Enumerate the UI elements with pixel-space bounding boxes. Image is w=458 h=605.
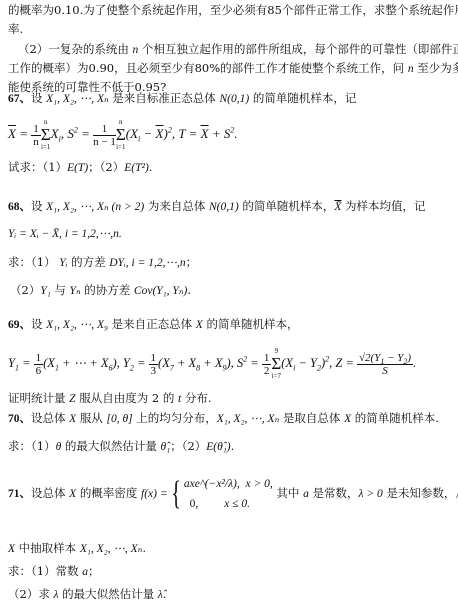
text: ； bbox=[186, 255, 198, 269]
text: . bbox=[163, 587, 167, 601]
text: 个相互独立起作用的部件所组成，每个部件的可靠性（即部件正常 bbox=[138, 42, 458, 56]
problem-number: 68、 bbox=[8, 201, 31, 213]
text: 是来自正态总体 bbox=[108, 317, 196, 331]
p71-q1: 求：（1）常数 a； bbox=[8, 563, 99, 580]
text: 的方差 bbox=[67, 255, 109, 269]
math-pop: X bbox=[8, 543, 15, 555]
problem-number: 70、 bbox=[8, 413, 31, 425]
math-expr: θ̂₁ bbox=[161, 441, 171, 453]
p66-line2: 率. bbox=[8, 21, 23, 37]
math-sample: X₁, X₂, ⋯, Xₙ (n > 2) bbox=[46, 201, 144, 213]
p68-q2: （2）Y₁ 与 Yₙ 的协方差 Cov(Y₁, Yₙ). bbox=[10, 282, 191, 299]
math-dist: N(0,1) bbox=[209, 201, 239, 213]
text: （2）求 bbox=[8, 587, 53, 601]
math-dist: N(0,1) bbox=[219, 93, 249, 105]
math-sample: X₁, X₂, ⋯, X₉ bbox=[46, 319, 108, 331]
text: （2） bbox=[10, 283, 40, 297]
brace: { bbox=[171, 479, 181, 509]
p67-question: 试求：（1）E(T)；（2）E(T²). bbox=[8, 159, 152, 176]
math-expr: Cov(Y₁, Yₙ) bbox=[134, 285, 187, 297]
p70-heading: 70、设总体 X 服从 [0, θ] 上的均匀分布，X₁, X₂, ⋯, Xₙ … bbox=[8, 410, 439, 427]
text: 上的均匀分布， bbox=[133, 411, 217, 425]
text: 是常数， bbox=[309, 486, 359, 500]
p66-part2-line1: （2）一复杂的系统由 n 个相互独立起作用的部件所组成，每个部件的可靠性（即部件… bbox=[18, 41, 458, 58]
text: 证明统计量 bbox=[8, 391, 69, 405]
p69-formula: Y1 = 16(X1 + ⋯ + X6), Y2 = 13(X7 + X8 + … bbox=[8, 347, 416, 381]
text: 设 bbox=[31, 199, 46, 213]
text: 与 bbox=[51, 283, 70, 297]
text: ；（2） bbox=[88, 160, 124, 174]
text: 设总体 bbox=[31, 411, 69, 425]
math-lambda: λ > 0 bbox=[358, 488, 382, 500]
p69-prove: 证明统计量 Z 服从自由度为 2 的 t 分布. bbox=[8, 390, 212, 407]
math-expr: DYᵢ, i = 1,2,⋯,n bbox=[109, 257, 185, 269]
text: 的最大似然估计量 bbox=[58, 587, 157, 601]
text: ； bbox=[88, 564, 100, 578]
case1-expr: axe^(−x²/λ), bbox=[184, 478, 240, 490]
text: 的最大似然估计量 bbox=[61, 439, 160, 453]
p68-definition: Yᵢ = Xᵢ − X̄, i = 1,2,⋯,n. bbox=[8, 226, 122, 242]
text: 是取自总体 bbox=[279, 411, 344, 425]
text: 至少为多少才 bbox=[414, 61, 458, 75]
case2-expr: 0, bbox=[190, 498, 199, 510]
text: 的协方差 bbox=[81, 283, 134, 297]
p67-formula: X = 1nnΣi=1Xi, S2 = 1n − 1nΣi=1(Xi − X)2… bbox=[8, 118, 238, 152]
math-pop: X bbox=[196, 319, 203, 331]
text: 设 bbox=[31, 91, 46, 105]
text: 是未知参数，从总体 bbox=[383, 486, 458, 500]
case1-cond: x > 0, bbox=[246, 478, 273, 490]
problem-number: 69、 bbox=[8, 319, 31, 331]
math-expr: E(T) bbox=[67, 162, 88, 174]
text: 是来自标准正态总体 bbox=[109, 91, 220, 105]
text: . bbox=[149, 160, 153, 174]
text: . bbox=[231, 439, 235, 453]
case2-cond: x ≤ 0. bbox=[224, 498, 250, 510]
p68-q1: 求：（1） Yᵢ 的方差 DYᵢ, i = 1,2,⋯,n； bbox=[8, 254, 197, 271]
math-interval: [0, θ] bbox=[107, 413, 133, 425]
p70-question: 求：（1）θ 的最大似然估计量 θ̂₁；（2）E(θ̂₁). bbox=[8, 438, 234, 455]
text: . bbox=[142, 541, 146, 555]
text: 求：（1） bbox=[8, 439, 56, 453]
math-sample: X₁, X₂, ⋯, Xₙ bbox=[217, 413, 279, 425]
text: 服从自由度为 2 的 bbox=[76, 391, 178, 405]
text: 的简单随机样本， bbox=[239, 199, 335, 213]
math-expr: E(θ̂₁) bbox=[206, 441, 230, 453]
text: 的简单随机样本， bbox=[203, 317, 299, 331]
problem-number: 71、 bbox=[8, 488, 31, 500]
p71-line2: X 中抽取样本 X₁, X₂, ⋯, Xₙ. bbox=[8, 540, 146, 557]
text: ；（2） bbox=[170, 439, 206, 453]
text: 设总体 bbox=[31, 486, 69, 500]
text: 的概率密度 bbox=[76, 486, 141, 500]
text: 的简单随机样本，记 bbox=[249, 91, 356, 105]
math-sample: X₁, X₂, ⋯, Xₙ bbox=[46, 93, 108, 105]
text: 求：（1）常数 bbox=[8, 564, 82, 578]
text: 为样本均值，记 bbox=[341, 199, 425, 213]
text: 设 bbox=[31, 317, 46, 331]
text: 工作的概率）为0.90，且必须至少有80%的部件工作才能使整个系统工作，问 bbox=[8, 61, 408, 75]
math-fx: f(x) = bbox=[141, 488, 168, 500]
text: （2）一复杂的系统由 bbox=[18, 42, 132, 56]
text: . bbox=[187, 283, 191, 297]
text: （1） bbox=[43, 160, 68, 174]
p71-heading: 71、设总体 X 的概率密度 f(x) ={ axe^(−x²/λ), x > … bbox=[8, 473, 458, 514]
text: 求：（1） bbox=[8, 255, 56, 269]
p69-heading: 69、设 X₁, X₂, ⋯, X₉ 是来自正态总体 X 的简单随机样本， bbox=[8, 316, 298, 333]
math-expr: Y₁ bbox=[40, 285, 50, 297]
text: 试求： bbox=[8, 160, 43, 174]
math-sample: X₁, X₂, ⋯, Xₙ bbox=[80, 543, 142, 555]
piecewise-cases: axe^(−x²/λ), x > 0, 0, x ≤ 0. bbox=[184, 474, 273, 514]
text: 为来自总体 bbox=[144, 199, 209, 213]
p66-line1: 的概率为0.10.为了使整个系统起作用，至少必须有85个部件正常工作，求整个系统… bbox=[8, 2, 458, 18]
problem-number: 67、 bbox=[8, 93, 31, 105]
p67-heading: 67、设 X₁, X₂, ⋯, Xₙ 是来自标准正态总体 N(0,1) 的简单随… bbox=[8, 90, 356, 107]
text: 的简单随机样本. bbox=[351, 411, 439, 425]
text: 其中 bbox=[273, 486, 303, 500]
text: 中抽取样本 bbox=[15, 541, 80, 555]
math-expr: Yₙ bbox=[70, 285, 81, 297]
p71-q2: （2）求 λ 的最大似然估计量 λ̂. bbox=[8, 586, 166, 603]
text: 服从 bbox=[76, 411, 106, 425]
p68-heading: 68、设 X₁, X₂, ⋯, Xₙ (n > 2) 为来自总体 N(0,1) … bbox=[8, 198, 426, 215]
math-expr: E(T²) bbox=[124, 162, 149, 174]
p66-part2-line2: 工作的概率）为0.90，且必须至少有80%的部件工作才能使整个系统工作，问 n … bbox=[8, 60, 458, 77]
text: 分布. bbox=[181, 391, 211, 405]
